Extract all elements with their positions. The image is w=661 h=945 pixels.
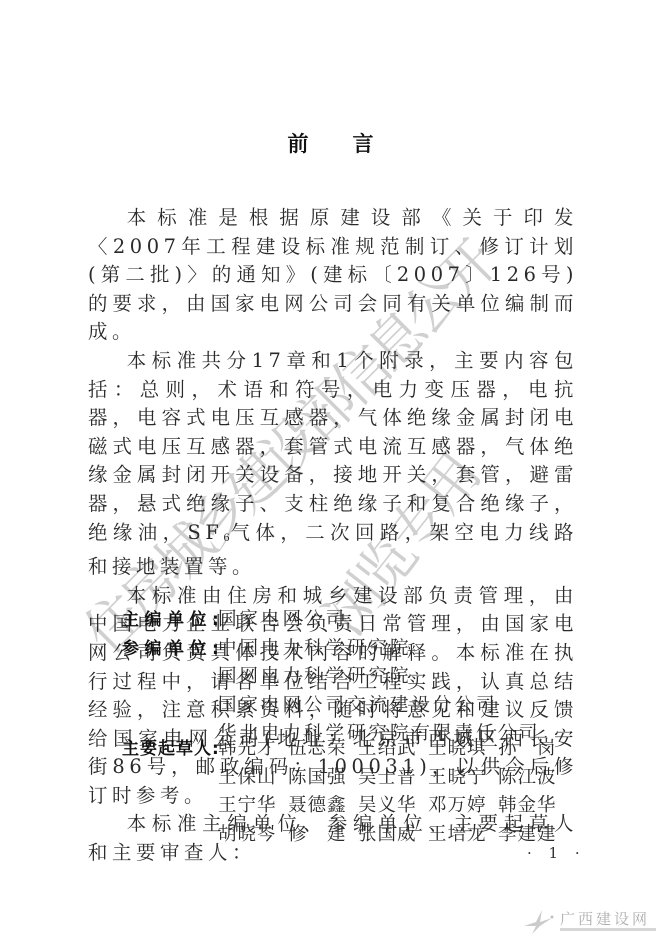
chief-editor-label: 主编单位: (122, 606, 218, 635)
participating-editor-row: 国网电力科学研究院 (122, 663, 541, 692)
main-drafters-label: 主要起草人: (122, 735, 218, 764)
drafter-row: 胡晓岑 修 建 张国威 王培龙 李建建 (122, 821, 568, 850)
site-logo: 广西建设网 (522, 908, 658, 938)
title-char-2: 言 (353, 128, 374, 158)
page-number: · 1 · (527, 844, 586, 862)
drafter-name: 韩金华 (498, 792, 568, 821)
paragraph-2: 本标准共分17章和1个附录，主要内容包括：总则，术语和符号，电力变压器，电抗器，… (88, 347, 578, 582)
editing-units: 主编单位: 国家电网公司 参编单位: 中国电力科学研究院 国网电力科学研究院 国… (122, 606, 541, 749)
page-title: 前言 (0, 128, 661, 158)
drafter-name: 张国威 (358, 821, 428, 850)
drafter-name: 邓万婷 (428, 792, 498, 821)
drafter-name: 吴义华 (358, 792, 428, 821)
drafter-row: 王宁华 聂德鑫 吴义华 邓万婷 韩金华 (122, 792, 568, 821)
drafter-name: 聂德鑫 (288, 792, 358, 821)
logo-text: 广西建设网 (560, 908, 650, 929)
drafter-name: 胡晓岑 (218, 821, 288, 850)
document-page: 住房城乡建设部信息公开 浏览专用 前言 本标准是根据原建设部《关于印发〈2007… (0, 0, 661, 945)
chief-editor-unit: 国家电网公司 (218, 606, 347, 635)
participating-editor-label: 参编单位: (122, 635, 218, 664)
drafter-name: 陈江波 (498, 764, 568, 793)
drafter-name: 吴士普 (358, 764, 428, 793)
paragraph-1: 本标准是根据原建设部《关于印发〈2007年工程建设标准规范制订、修订计划(第二批… (88, 204, 578, 347)
participating-editor-row: 国家电网公司交流建设分公司 (122, 692, 541, 721)
drafter-name: 王宁华 (218, 792, 288, 821)
drafter-name: 王培龙 (428, 821, 498, 850)
drafter-name: 伍志荣 (288, 735, 358, 764)
drafter-row: 主要起草人: 韩先才 伍志荣 王绍武 王晓琪 孙 岗 (122, 735, 568, 764)
drafter-name: 王晓宁 (428, 764, 498, 793)
chief-editor-row: 主编单位: 国家电网公司 (122, 606, 541, 635)
participating-unit: 国家电网公司交流建设分公司 (218, 692, 498, 721)
participating-editor-row: 参编单位: 中国电力科学研究院 (122, 635, 541, 664)
participating-unit: 国网电力科学研究院 (218, 663, 412, 692)
drafter-row: 王保山 陈国强 吴士普 王晓宁 陈江波 (122, 764, 568, 793)
drafter-name: 王晓琪 (428, 735, 498, 764)
participating-unit: 中国电力科学研究院 (218, 635, 412, 664)
star-logo-icon (522, 908, 554, 936)
drafter-name: 修 建 (288, 821, 358, 850)
drafter-name: 王保山 (218, 764, 288, 793)
logo-subtitle-line (560, 928, 656, 931)
main-drafters: 主要起草人: 韩先才 伍志荣 王绍武 王晓琪 孙 岗 王保山 陈国强 吴士普 王… (122, 735, 568, 849)
drafter-name: 孙 岗 (498, 735, 568, 764)
drafter-name: 韩先才 (218, 735, 288, 764)
drafter-name: 王绍武 (358, 735, 428, 764)
title-char-1: 前 (288, 128, 309, 158)
drafter-name: 陈国强 (288, 764, 358, 793)
